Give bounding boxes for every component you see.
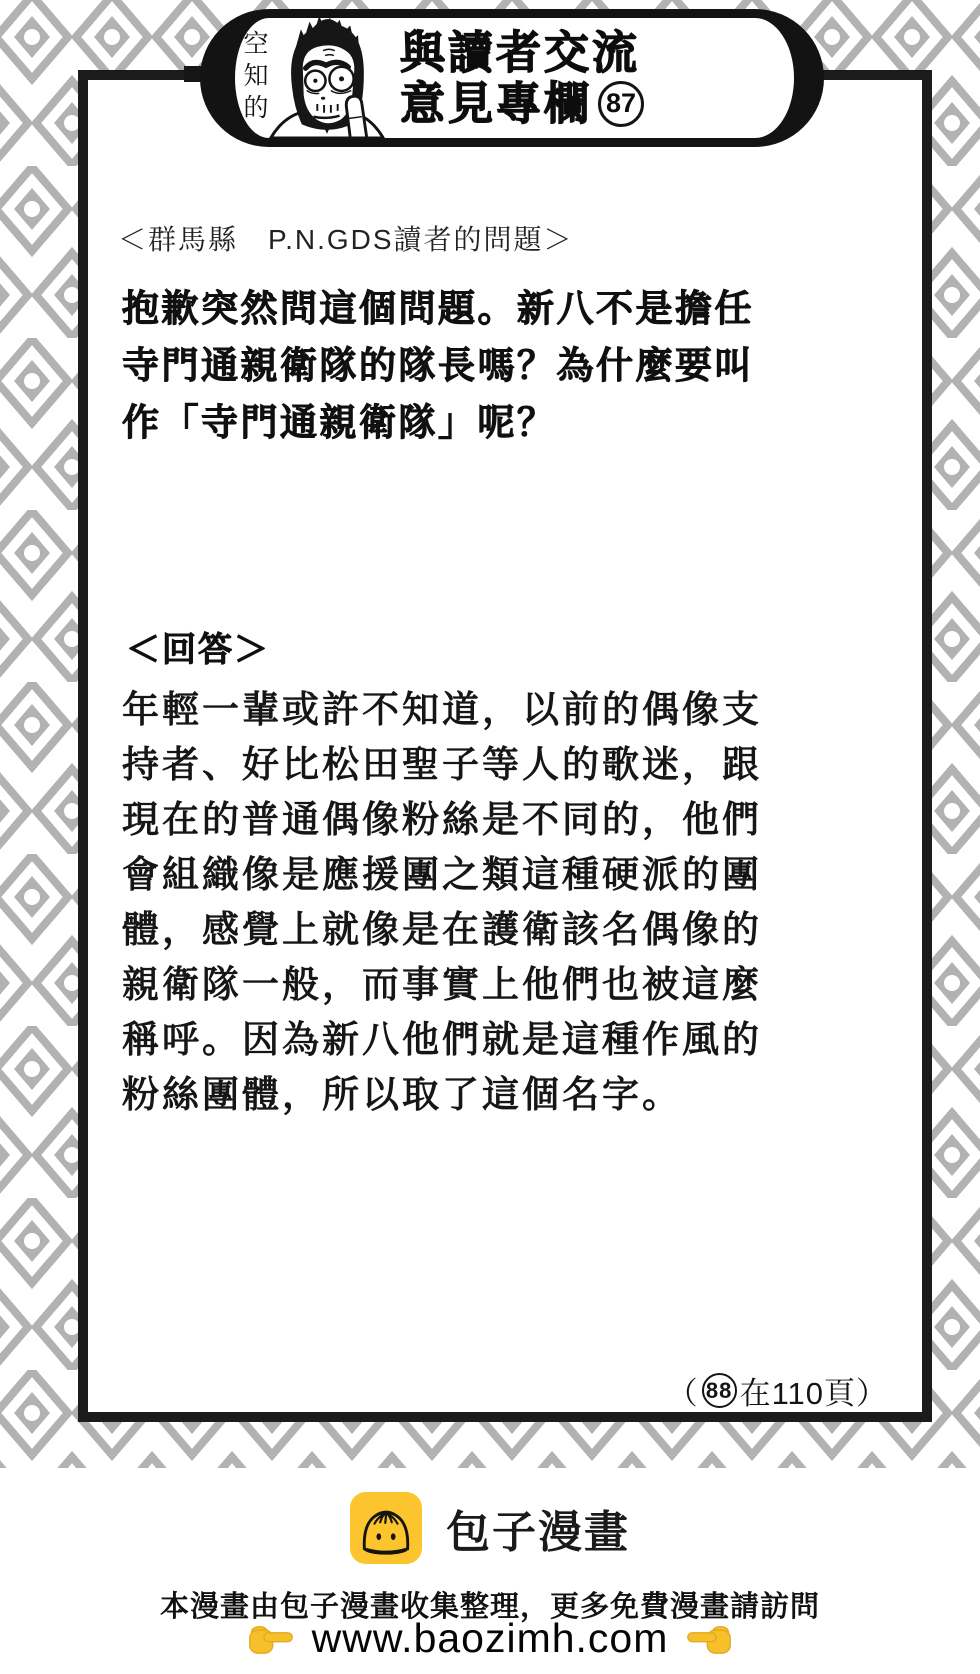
- website-link-row: www.baozimh.com: [0, 1615, 980, 1662]
- brand-name: 包子漫畫: [446, 1496, 630, 1560]
- column-header-capsule: 空知的 與讀者交流 意見專欄 87: [200, 9, 824, 147]
- text-line: 年輕一輩或許不知道，以前的偶像支: [122, 682, 762, 737]
- column-title: 與讀者交流 意見專欄 87: [400, 27, 644, 130]
- website-url[interactable]: www.baozimh.com: [312, 1615, 669, 1662]
- author-credit: 空知的: [241, 30, 266, 126]
- manga-page: { "colors": { "pattern_gray": "#b2b2b2",…: [0, 0, 980, 1674]
- answer-text: 年輕一輩或許不知道，以前的偶像支持者、好比松田聖子等人的歌迷，跟現在的普通偶像粉…: [122, 682, 762, 1122]
- point-right-icon: [248, 1622, 294, 1656]
- answer-header: ＜回答＞: [126, 622, 270, 671]
- next-issue-page-ref: （ 88 在110頁）: [667, 1368, 888, 1413]
- next-issue-number-badge: 88: [702, 1373, 737, 1408]
- page-ref-text: 在110頁）: [740, 1368, 888, 1413]
- text-line: 作「寺門通親衛隊」呢？: [122, 394, 754, 451]
- brand-row: 包子漫畫: [0, 1492, 980, 1564]
- point-left-icon: [686, 1622, 732, 1656]
- text-line: 稱呼。因為新八他們就是這種作風的: [122, 1012, 762, 1067]
- text-line: 粉絲團體，所以取了這個名字。: [122, 1067, 762, 1122]
- text-line: 體，感覺上就像是在護衛該名偶像的: [122, 902, 762, 957]
- question-text: 抱歉突然問這個問題。新八不是擔任寺門通親衛隊的隊長嗎？為什麼要叫作「寺門通親衛隊…: [122, 280, 754, 451]
- baozi-bun-icon: [350, 1492, 422, 1564]
- text-line: 寺門通親衛隊的隊長嗎？為什麼要叫: [122, 337, 754, 394]
- question-source-header: ＜群馬縣 P.N.GDS讀者的問題＞: [118, 218, 574, 258]
- gorilla-face-icon: [268, 10, 386, 138]
- issue-number-badge: 87: [598, 81, 644, 127]
- text-line: 現在的普通偶像粉絲是不同的，他們: [122, 792, 762, 847]
- text-line: 親衛隊一般，而事實上他們也被這麼: [122, 957, 762, 1012]
- text-line: 抱歉突然問這個問題。新八不是擔任: [122, 280, 754, 337]
- page-ref-open: （: [667, 1368, 699, 1413]
- text-line: 會組織像是應援團之類這種硬派的團: [122, 847, 762, 902]
- column-title-line2: 意見專欄: [400, 78, 592, 129]
- column-title-line1: 與讀者交流: [400, 27, 644, 78]
- text-line: 持者、好比松田聖子等人的歌迷，跟: [122, 737, 762, 792]
